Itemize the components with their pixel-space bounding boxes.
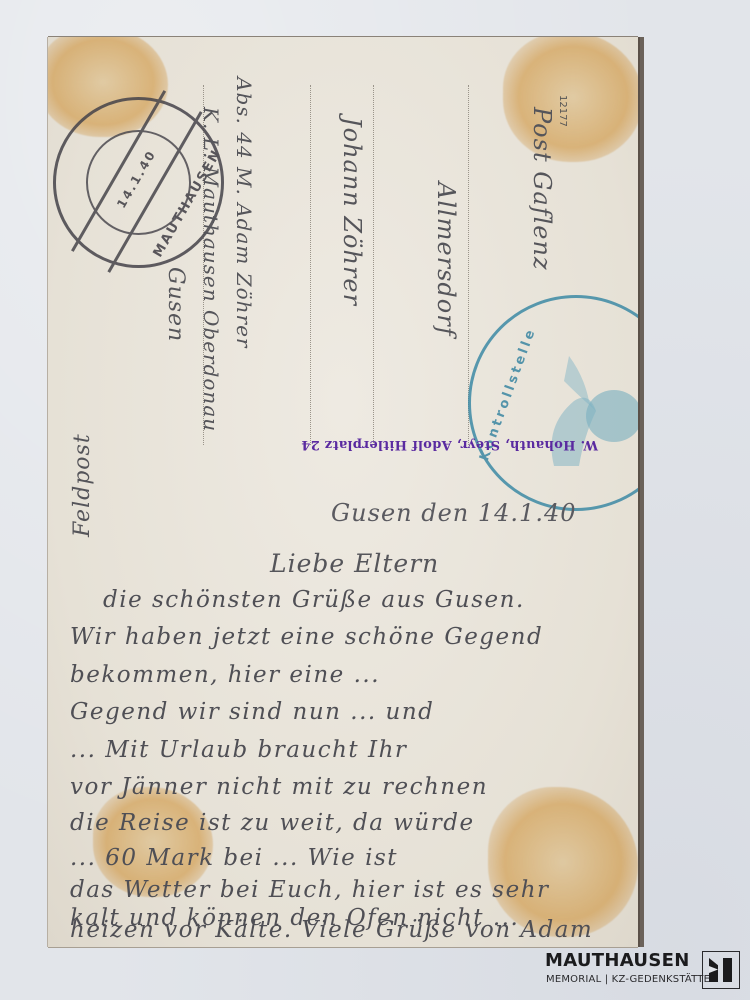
brand-title: MAUTHAUSEN xyxy=(545,950,690,971)
letter-line: Wir haben jetzt eine schöne Gegend xyxy=(70,624,630,650)
letter-line: das Wetter bei Euch, hier ist es sehr xyxy=(70,877,630,903)
brand-subtitle: MEMORIAL | KZ-GEDENKSTÄTTE xyxy=(546,974,710,985)
address-line-1 xyxy=(310,85,311,445)
address-line-2 xyxy=(373,85,374,445)
archive-number: 12177 xyxy=(557,95,568,127)
address-post: Post Gaflenz xyxy=(528,107,556,271)
letter-line: die Reise ist zu weit, da würde xyxy=(70,810,630,836)
sender-line-1: Abs. 44 M. Adam Zöhrer xyxy=(232,77,256,349)
censor-stamp: Kontrollstelle xyxy=(468,295,638,511)
mauthausen-memorial-branding: MAUTHAUSEN MEMORIAL | KZ-GEDENKSTÄTTE xyxy=(545,950,745,996)
letter-line: ... Mit Urlaub braucht Ihr xyxy=(70,737,630,763)
postcard: 12177 MAUTHAUSEN 14.1.40 Feldpost Gusen … xyxy=(48,37,638,947)
stain-top-right xyxy=(503,37,638,162)
salutation: Liebe Eltern xyxy=(270,549,439,578)
letter-line: ... 60 Mark bei ... Wie ist xyxy=(70,845,630,871)
letter-line: die schönsten Grüße aus Gusen. xyxy=(103,587,638,613)
letter-line: heizen vor Kälte. Viele Grüße von Adam xyxy=(70,917,630,943)
letter-line: vor Jänner nicht mit zu rechnen xyxy=(70,774,630,800)
address-town: Allmersdorf xyxy=(432,182,460,337)
mauthausen-memorial-logo-icon xyxy=(702,951,740,989)
letter-line: bekommen, hier eine ... xyxy=(70,662,630,688)
side-note: Feldpost xyxy=(70,433,95,537)
sender-stamp: W. Hohauth, Steyr, Adolf Hitlerplatz 24 xyxy=(218,437,598,452)
address-name: Johann Zöhrer xyxy=(338,117,366,306)
eagle-emblem-icon xyxy=(534,356,638,476)
letter-line: Gegend wir sind nun ... und xyxy=(70,699,630,725)
sender-line-2: K. L. Mauthausen Oberdonau xyxy=(199,107,223,432)
dateline: Gusen den 14.1.40 xyxy=(331,499,577,527)
sender-line-3: Gusen xyxy=(163,267,188,342)
